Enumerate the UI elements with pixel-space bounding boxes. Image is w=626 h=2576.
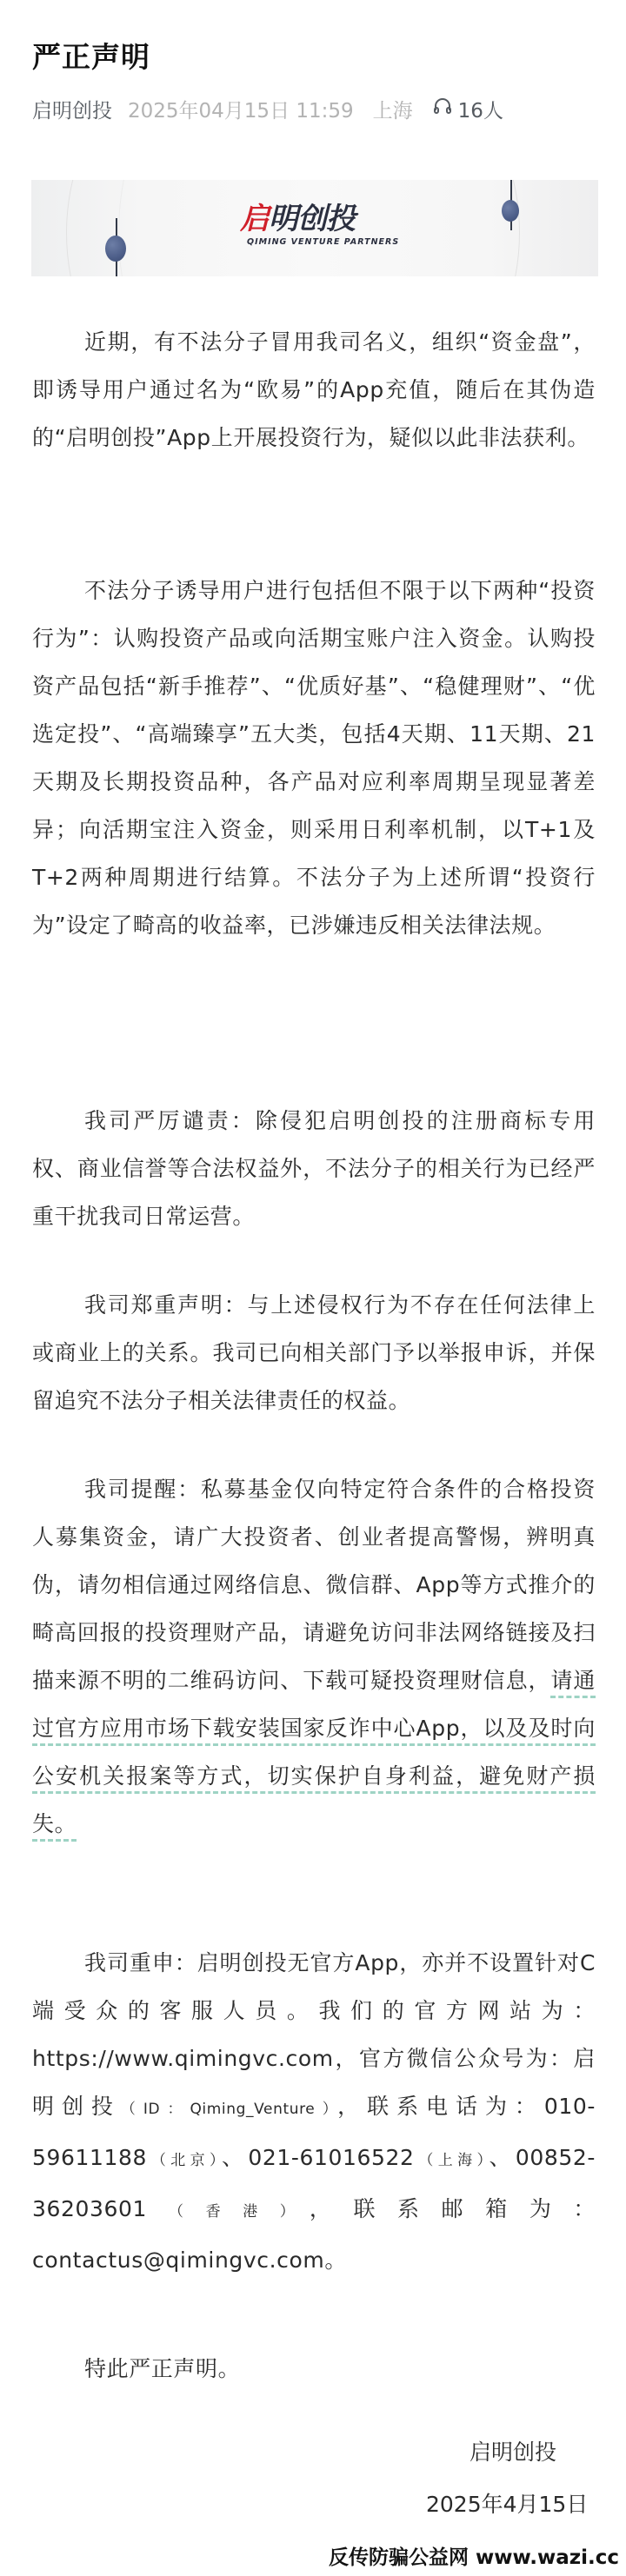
- phone-shanghai: 、021-61016522: [222, 2145, 415, 2170]
- listen-button[interactable]: 16人: [432, 95, 503, 123]
- signature-date: 2025年4月15日: [426, 2487, 588, 2519]
- article-page: 严正声明 启明创投 2025年04月15日 11:59 上海 16人 启: [0, 0, 626, 2576]
- paragraph-3: 我司严厉谴责：除侵犯启明创投的注册商标专用权、商业信誉等合法权益外，不法分子的相…: [32, 1097, 596, 1240]
- highlighted-advice: 请通过官方应用市场下载安装国家反诈中心App，以及及时向公安机关报案等方式，切实…: [32, 1668, 596, 1836]
- phone-label: （香港）: [147, 2203, 310, 2221]
- phone-label: （北京）: [147, 2152, 222, 2169]
- author-link[interactable]: 启明创投: [32, 95, 112, 123]
- paragraph-2: 不法分子诱导用户进行包括但不限于以下两种“投资行为”：认购投资产品或向活期宝账户…: [32, 567, 596, 949]
- logo-en: QIMING VENTURE PARTNERS: [247, 237, 396, 247]
- banner-image: 启 明创投 QIMING VENTURE PARTNERS: [31, 180, 598, 276]
- listener-count: 16人: [458, 95, 503, 123]
- phone-label: （上海）: [415, 2152, 489, 2169]
- official-website-link[interactable]: https://www.qimingvc.com: [32, 2046, 334, 2071]
- logo-cn-red: 启: [240, 202, 269, 236]
- paragraph-5: 我司提醒：私募基金仅向特定符合条件的合格投资人募集资金，请广大投资者、创业者提高…: [32, 1465, 596, 1848]
- wechat-id: （ID：Qiming_Venture）: [121, 2101, 337, 2118]
- decor-ball: [105, 236, 126, 262]
- signature-company: 启明创投: [469, 2435, 556, 2466]
- paragraph-1: 近期，有不法分子冒用我司名义，组织“资金盘”，即诱导用户通过名为“欧易”的App…: [32, 318, 596, 461]
- watermark: 反传防骗公益网 www.wazi.cc: [329, 2541, 619, 2570]
- paragraph-4: 我司郑重声明：与上述侵权行为不存在任何法律上或商业上的关系。我司已向相关部门予以…: [32, 1281, 596, 1424]
- article-title: 严正声明: [32, 35, 150, 76]
- headphones-icon: [432, 96, 458, 122]
- qiming-logo: 启 明创投 QIMING VENTURE PARTNERS: [240, 202, 396, 255]
- paragraph-7: 特此严正声明。: [32, 2345, 596, 2393]
- publish-datetime: 2025年04月15日 11:59: [128, 95, 354, 123]
- paragraph-6-text: 我司重申：启明创投无官方App，亦并不设置针对C端受众的客服人员。我们的官方网站…: [32, 1950, 596, 2023]
- article-meta: 启明创投 2025年04月15日 11:59 上海 16人: [32, 96, 503, 122]
- publish-location: 上海: [373, 95, 413, 123]
- paragraph-5-text: 我司提醒：私募基金仅向特定符合条件的合格投资人募集资金，请广大投资者、创业者提高…: [32, 1477, 596, 1693]
- decor-ball: [502, 200, 519, 222]
- logo-cn-dark: 明创投: [269, 202, 355, 236]
- paragraph-6: 我司重申：启明创投无官方App，亦并不设置针对C端受众的客服人员。我们的官方网站…: [32, 1939, 596, 2284]
